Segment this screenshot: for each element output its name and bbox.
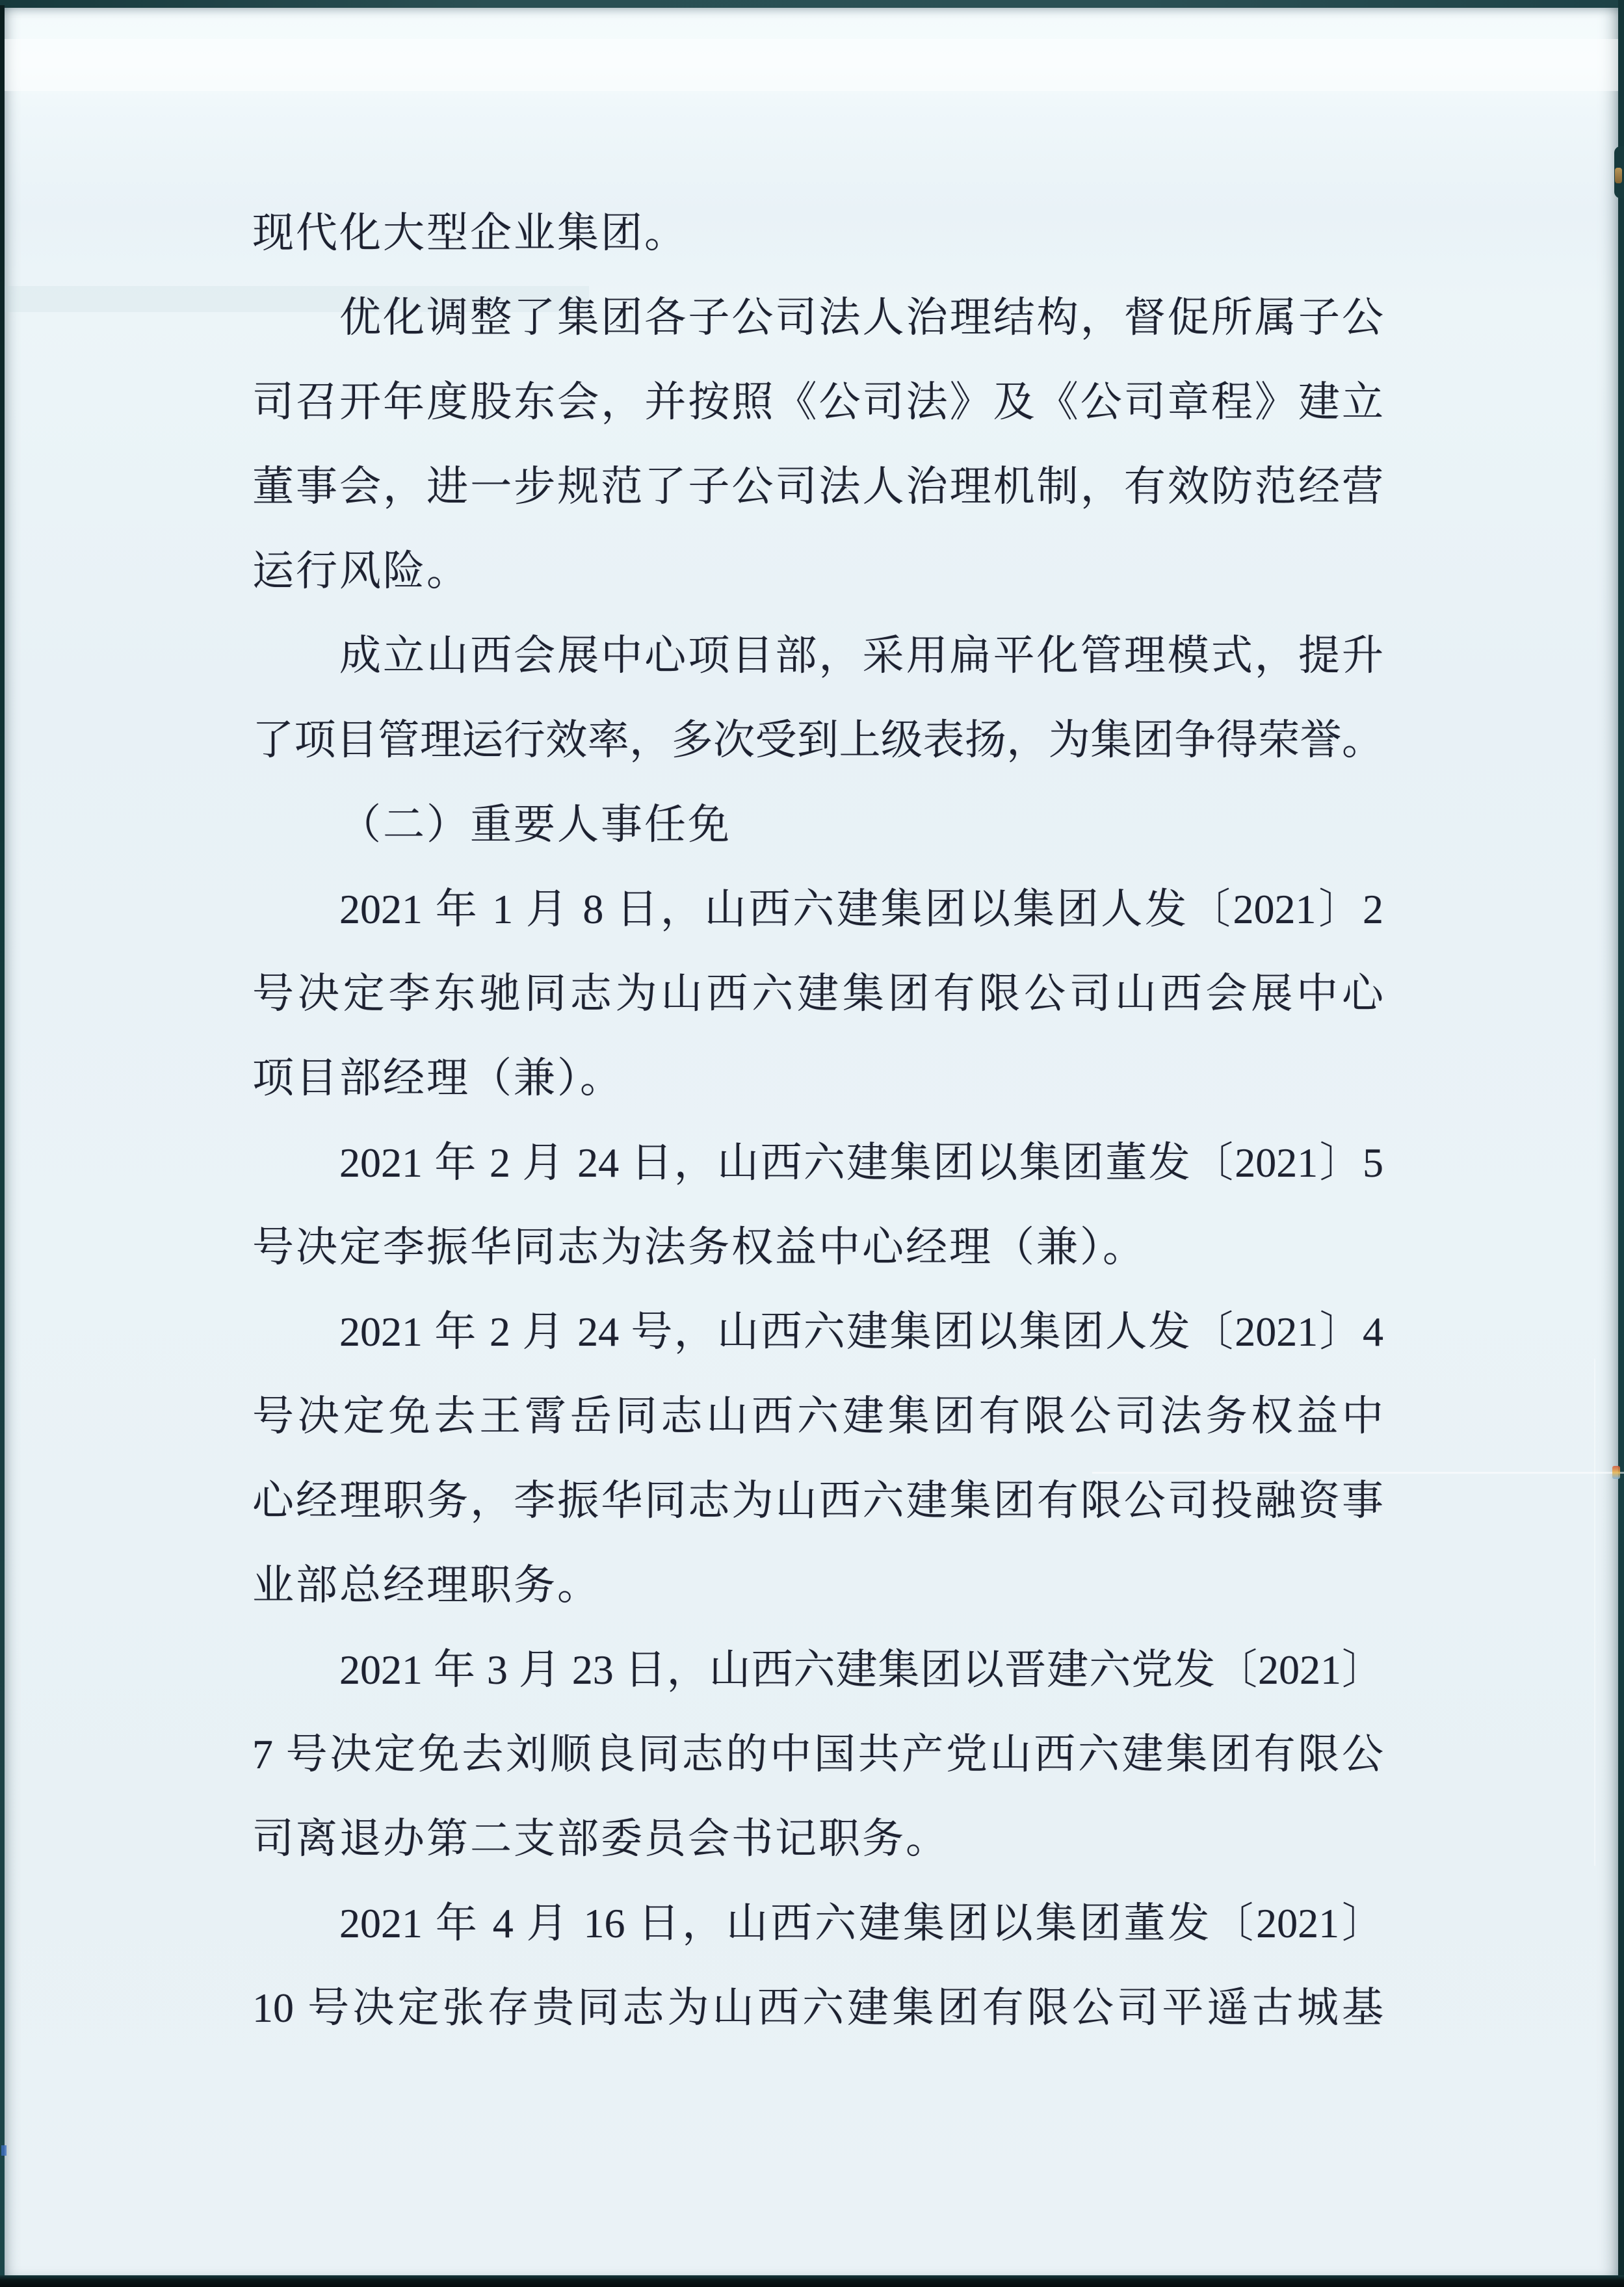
text-line: 司离退办第二支部委员会书记职务。 <box>252 1797 1383 1881</box>
text-line: 司召开年度股东会，并按照《公司法》及《公司章程》建立 <box>252 360 1383 445</box>
text-line: 号决定李振华同志为法务权益中心经理（兼）。 <box>252 1205 1383 1290</box>
paper-vertical-seam <box>1594 1359 1595 1866</box>
text-line: 成立山西会展中心项目部，采用扁平化管理模式，提升 <box>252 614 1383 698</box>
text-line: 2021 年 1 月 8 日，山西六建集团以集团人发〔2021〕2 <box>252 867 1383 952</box>
text-line: 2021 年 2 月 24 日，山西六建集团以集团董发〔2021〕5 <box>252 1121 1383 1205</box>
document-body: 现代化大型企业集团。优化调整了集团各子公司法人治理结构，督促所属子公司召开年度股… <box>252 191 1383 2050</box>
scan-light-band <box>4 39 1618 91</box>
text-line: 董事会，进一步规范了子公司法人治理机制，有效防范经营 <box>252 445 1383 529</box>
scan-edge-right <box>1618 0 1624 2287</box>
text-line: 号决定免去王霄岳同志山西六建集团有限公司法务权益中 <box>252 1374 1383 1459</box>
text-line: 了项目管理运行效率，多次受到上级表扬，为集团争得荣誉。 <box>252 698 1383 783</box>
scan-edge-bottom <box>0 2275 1624 2287</box>
text-line: 7 号决定免去刘顺良同志的中国共产党山西六建集团有限公 <box>252 1712 1383 1797</box>
paper-edge-blue-spot <box>1 2145 7 2156</box>
text-line: 业部总经理职务。 <box>252 1543 1383 1628</box>
scan-edge-left <box>0 5 5 2287</box>
scanned-page: 现代化大型企业集团。优化调整了集团各子公司法人治理结构，督促所属子公司召开年度股… <box>0 0 1624 2287</box>
text-line: 运行风险。 <box>252 529 1383 614</box>
paper-edge-tan-spot <box>1615 168 1622 183</box>
text-line: 号决定李东驰同志为山西六建集团有限公司山西会展中心 <box>252 952 1383 1036</box>
text-line: 现代化大型企业集团。 <box>252 191 1383 276</box>
text-line: 10 号决定张存贵同志为山西六建集团有限公司平遥古城基 <box>252 1966 1383 2050</box>
text-line: 2021 年 4 月 16 日，山西六建集团以集团董发〔2021〕 <box>252 1881 1383 1966</box>
text-line: 优化调整了集团各子公司法人治理结构，督促所属子公 <box>252 276 1383 360</box>
text-line: 心经理职务，李振华同志为山西六建集团有限公司投融资事 <box>252 1459 1383 1543</box>
text-line: （二）重要人事任免 <box>252 783 1383 867</box>
text-line: 2021 年 2 月 24 号，山西六建集团以集团人发〔2021〕4 <box>252 1290 1383 1374</box>
text-line: 2021 年 3 月 23 日，山西六建集团以晋建六党发〔2021〕 <box>252 1628 1383 1712</box>
scan-edge-top <box>0 0 1624 8</box>
text-line: 项目部经理（兼）。 <box>252 1036 1383 1121</box>
paper-crease-glint <box>1612 1466 1620 1479</box>
